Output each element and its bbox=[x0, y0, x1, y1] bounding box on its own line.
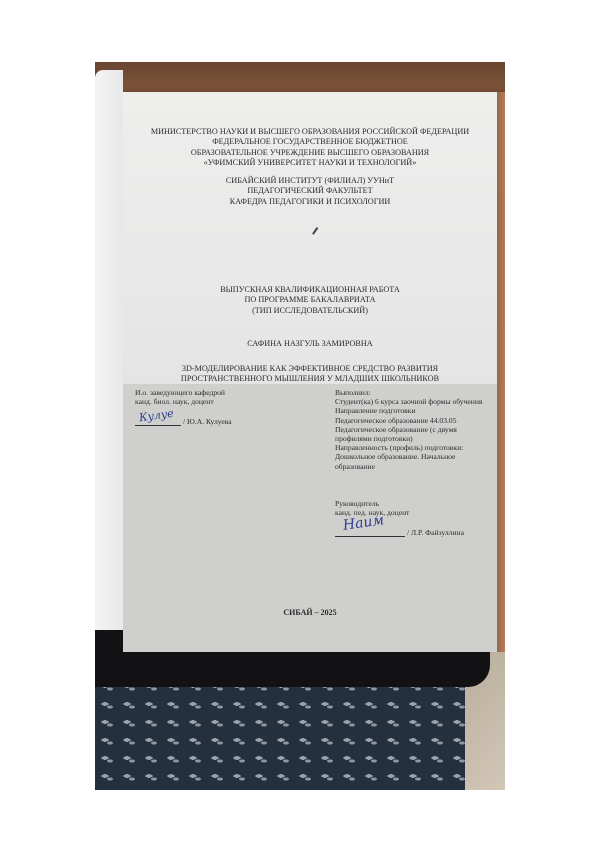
institute-header: СИБАЙСКИЙ ИНСТИТУТ (ФИЛИАЛ) УУНиТ ПЕДАГО… bbox=[123, 176, 497, 207]
supervisor-signature-row: Наим/ Л.Р. Файзуллина bbox=[335, 526, 500, 537]
title-page: МИНИСТЕРСТВО НАУКИ И ВЫСШЕГО ОБРАЗОВАНИЯ… bbox=[123, 92, 497, 652]
supervisor-role: Руководитель bbox=[335, 499, 500, 508]
ministry-line: МИНИСТЕРСТВО НАУКИ И ВЫСШЕГО ОБРАЗОВАНИЯ… bbox=[123, 127, 497, 137]
handwritten-signature: Наим bbox=[343, 516, 385, 531]
head-name: / Ю.А. Кулуева bbox=[183, 417, 232, 426]
title-line: ПРОСТРАНСТВЕННОГО МЫШЛЕНИЯ У МЛАДШИХ ШКО… bbox=[123, 374, 497, 384]
performed-by-line: Дошкольное образование. Начальное bbox=[335, 452, 500, 461]
performed-by-line: образование bbox=[335, 462, 500, 471]
institute-line: КАФЕДРА ПЕДАГОГИКИ И ПСИХОЛОГИИ bbox=[123, 197, 497, 207]
head-signature-row: Кулуе/ Ю.А. Кулуева bbox=[135, 415, 295, 426]
signature-line: Наим bbox=[335, 526, 405, 537]
performed-by-label: Выполнил: bbox=[335, 388, 500, 397]
left-page-edge bbox=[95, 70, 123, 630]
ministry-header: МИНИСТЕРСТВО НАУКИ И ВЫСШЕГО ОБРАЗОВАНИЯ… bbox=[123, 127, 497, 168]
work-type: ВЫПУСКНАЯ КВАЛИФИКАЦИОННАЯ РАБОТА ПО ПРО… bbox=[123, 285, 497, 316]
ministry-line: ОБРАЗОВАТЕЛЬНОЕ УЧРЕЖДЕНИЕ ВЫСШЕГО ОБРАЗ… bbox=[123, 148, 497, 158]
author-name: САФИНА НАЗГУЛЬ ЗАМИРОВНА bbox=[123, 339, 497, 349]
thesis-title: 3D-МОДЕЛИРОВАНИЕ КАК ЭФФЕКТИВНОЕ СРЕДСТВ… bbox=[123, 364, 497, 385]
head-role: И.о. заведующего кафедрой bbox=[135, 388, 295, 397]
work-type-line: ВЫПУСКНАЯ КВАЛИФИКАЦИОННАЯ РАБОТА bbox=[123, 285, 497, 295]
institute-line: ПЕДАГОГИЧЕСКИЙ ФАКУЛЬТЕТ bbox=[123, 186, 497, 196]
document-photo: МИНИСТЕРСТВО НАУКИ И ВЫСШЕГО ОБРАЗОВАНИЯ… bbox=[95, 62, 505, 790]
head-of-department-block: И.о. заведующего кафедрой канд. биол. на… bbox=[135, 388, 295, 426]
work-type-line: (ТИП ИССЛЕДОВАТЕЛЬСКИЙ) bbox=[123, 306, 497, 316]
signature-line: Кулуе bbox=[135, 415, 181, 426]
head-degree: канд. биол. наук, доцент bbox=[135, 397, 295, 406]
performed-by-line: Направление подготовки bbox=[335, 406, 500, 415]
performed-by-line: Педагогическое образование (с двумя bbox=[335, 425, 500, 434]
performed-by-line: Педагогическое образование 44.03.05 bbox=[335, 416, 500, 425]
ministry-line: ФЕДЕРАЛЬНОЕ ГОСУДАРСТВЕННОЕ БЮДЖЕТНОЕ bbox=[123, 137, 497, 147]
performed-by-line: Студент(ка) 6 курса заочной формы обучен… bbox=[335, 397, 500, 406]
title-line: 3D-МОДЕЛИРОВАНИЕ КАК ЭФФЕКТИВНОЕ СРЕДСТВ… bbox=[123, 364, 497, 374]
book-cover-edge bbox=[497, 92, 505, 652]
city-year: СИБАЙ – 2025 bbox=[123, 608, 497, 617]
pen-mark bbox=[312, 227, 318, 234]
handwritten-signature: Кулуе bbox=[139, 409, 175, 423]
performed-by-line: Направленность (профиль) подготовки: bbox=[335, 443, 500, 452]
work-type-line: ПО ПРОГРАММЕ БАКАЛАВРИАТА bbox=[123, 295, 497, 305]
institute-line: СИБАЙСКИЙ ИНСТИТУТ (ФИЛИАЛ) УУНиТ bbox=[123, 176, 497, 186]
ministry-line: «УФИМСКИЙ УНИВЕРСИТЕТ НАУКИ И ТЕХНОЛОГИЙ… bbox=[123, 158, 497, 168]
performed-by-block: Выполнил: Студент(ка) 6 курса заочной фо… bbox=[335, 388, 500, 537]
performed-by-line: профилями подготовки) bbox=[335, 434, 500, 443]
supervisor-name: / Л.Р. Файзуллина bbox=[407, 528, 464, 537]
